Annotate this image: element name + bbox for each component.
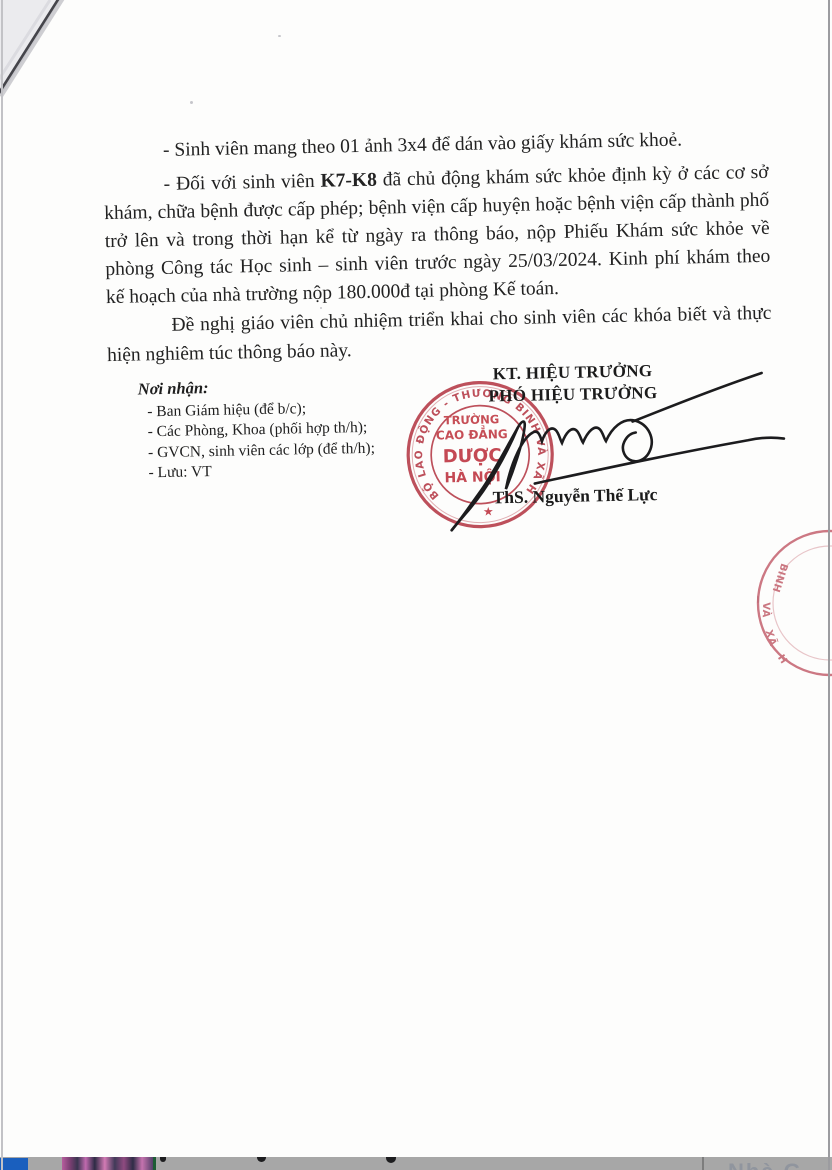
signature-scrawl — [450, 419, 654, 530]
next-page-strip: Nhà G — [0, 1157, 832, 1170]
partial-seal-word: BINH — [769, 562, 789, 594]
printed-content-layer: - Sinh viên mang theo 01 ảnh 3x4 để dán … — [0, 0, 832, 1159]
text-run: đã chủ động khám sức khỏe định kỳ ở các … — [377, 162, 769, 191]
partial-seal-word: H — [775, 653, 789, 667]
signer-name: ThS. Nguyễn Thế Lực — [475, 484, 675, 509]
next-page-divider-line — [702, 1157, 704, 1170]
signature-flourish-top — [632, 373, 763, 422]
paragraph-k7k8-exam: - Đối với sinh viên K7-K8 đã chủ động kh… — [0, 0, 829, 2]
next-page-blue-block — [0, 1158, 28, 1170]
paragraph-photo-requirement: - Sinh viên mang theo 01 ảnh 3x4 để dán … — [163, 127, 683, 165]
handwritten-signature — [434, 361, 797, 543]
next-page-partial-text: Nhà G — [728, 1159, 832, 1170]
recipients-block: Nơi nhận: - Ban Giám hiệu (để b/c); - Cá… — [138, 375, 376, 484]
recipients-title: Nơi nhận: — [138, 375, 374, 400]
text-run-bold-k7k8: K7-K8 — [320, 170, 377, 192]
partial-seal-word: VÀ — [760, 602, 774, 618]
partial-seal-word: XÃ — [763, 628, 780, 648]
scanned-document-view: - Sinh viên mang theo 01 ảnh 3x4 để dán … — [0, 0, 832, 1170]
paragraph-line: hiện nghiêm túc thông báo này. — [107, 337, 352, 370]
paragraph-request: Đề nghị giáo viên chủ nhiệm triển khai c… — [0, 0, 829, 2]
recipient-item: - Lưu: VT — [148, 459, 375, 484]
next-page-photo-thumbnail — [62, 1157, 156, 1170]
next-page-letter-top — [160, 1157, 166, 1162]
next-page-letter-top — [386, 1157, 396, 1163]
recipients-list: - Ban Giám hiệu (để b/c); - Các Phòng, K… — [138, 398, 375, 484]
signature-flourish-bottom — [534, 437, 785, 483]
partial-seal-impression: BINH VÀ XÃ H — [740, 520, 832, 700]
page-left-edge — [1, 0, 3, 1170]
text-run: - Đối với sinh viên — [163, 171, 320, 195]
next-page-letter-top — [257, 1157, 266, 1162]
page-right-edge — [828, 0, 830, 1170]
